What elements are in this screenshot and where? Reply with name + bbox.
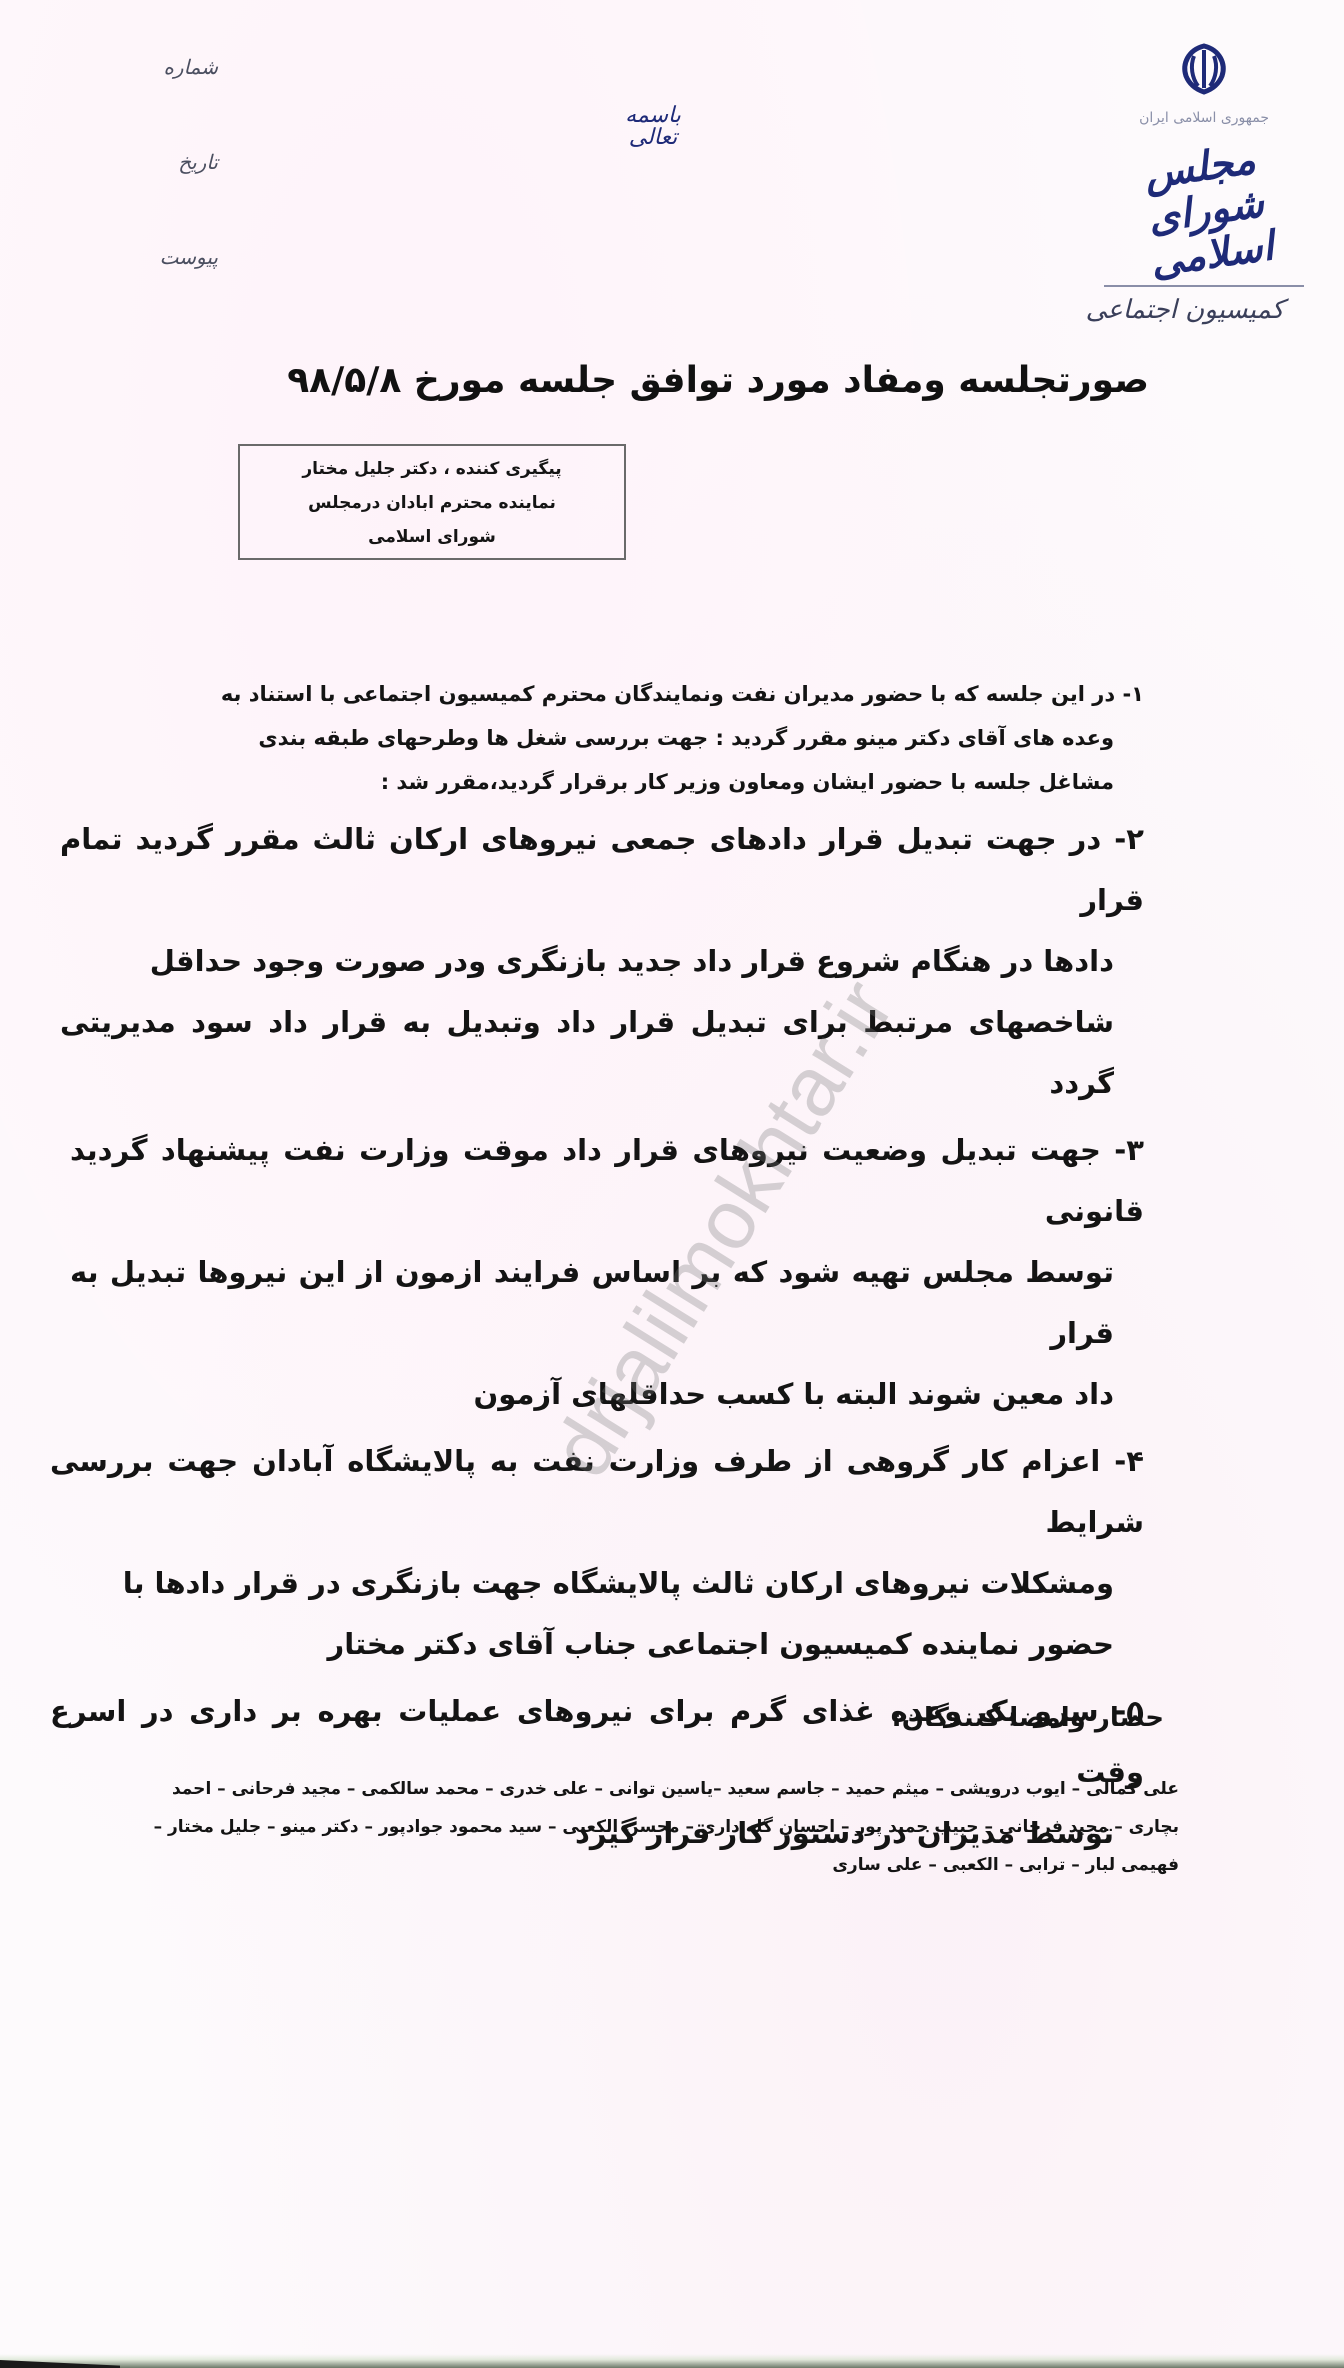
followup-line: شورای اسلامی	[250, 520, 614, 554]
date-label: تاریخ	[128, 150, 218, 245]
item-line: توسط مجلس تهیه شود که بر اساس فرایند ازم…	[70, 1242, 1144, 1364]
parliament-name: مجلس شورای اسلامی	[1088, 130, 1324, 291]
agreement-item-1: ۱- در این جلسه که با حضور مدیران نفت ونم…	[100, 672, 1144, 804]
attendees-heading: حضار وامضا کنندگان:	[891, 1703, 1164, 1733]
followup-box: پیگیری کننده ، دکتر جلیل مختار نماینده م…	[238, 444, 626, 560]
item-line: دادها در هنگام شروع قرار داد جدید بازنگر…	[60, 931, 1144, 992]
republic-line: جمهوری اسلامی ایران	[1139, 110, 1269, 126]
item-line: ۴- اعزام کار گروهی از طرف وزارت نفت به پ…	[50, 1431, 1144, 1553]
page-title: صورتجلسه ومفاد مورد توافق جلسه مورخ ۹۸/۵…	[195, 360, 1149, 401]
agreement-item-4: ۴- اعزام کار گروهی از طرف وزارت نفت به پ…	[50, 1431, 1144, 1675]
letterhead: جمهوری اسلامی ایران مجلس شورای اسلامی کم…	[1084, 30, 1324, 330]
scan-bottom-edge	[0, 2354, 1344, 2368]
item-line: ۱- در این جلسه که با حضور مدیران نفت ونم…	[100, 672, 1144, 716]
item-line: ۳- جهت تبدیل وضعیت نیروهای قرار داد موقت…	[70, 1120, 1144, 1242]
item-line: ومشکلات نیروهای ارکان ثالث پالایشگاه جهت…	[50, 1553, 1144, 1614]
item-line: شاخصهای مرتبط برای تبدیل قرار داد وتبدیل…	[60, 992, 1144, 1114]
attendees-list: علی کمالی – ایوب درویشی – میثم حمید – جا…	[60, 1770, 1179, 1884]
attendees-row: علی کمالی – ایوب درویشی – میثم حمید – جا…	[60, 1770, 1179, 1808]
agreement-item-2: ۲- در جهت تبدیل قرار دادهای جمعی نیروهای…	[60, 809, 1144, 1114]
followup-line: پیگیری کننده ، دکتر جلیل مختار	[250, 452, 614, 486]
attendees-row: بچاری – مجید فرحانی – حبیب حمید پور – اح…	[60, 1808, 1179, 1846]
attachment-label: پیوست	[128, 245, 218, 340]
item-line: حضور نماینده کمیسیون اجتماعی جناب آقای د…	[50, 1614, 1144, 1675]
letterhead-divider	[1104, 285, 1304, 287]
iran-emblem-icon	[1164, 40, 1244, 100]
item-line: ۲- در جهت تبدیل قرار دادهای جمعی نیروهای…	[60, 809, 1144, 931]
agreement-items: ۱- در این جلسه که با حضور مدیران نفت ونم…	[50, 672, 1144, 1864]
item-line: داد معین شوند البته با کسب حداقلهای آزمو…	[70, 1364, 1144, 1425]
commission-name: کمیسیون اجتماعی	[1086, 295, 1284, 325]
item-line: مشاغل جلسه با حضور ایشان ومعاون وزیر کار…	[100, 760, 1144, 804]
attendees-row: فهیمی لبار – ترابی – الکعبی – علی ساری	[60, 1846, 1179, 1884]
number-label: شماره	[128, 55, 218, 150]
followup-line: نماینده محترم ابادان درمجلس	[250, 486, 614, 520]
meta-labels: شماره تاریخ پیوست	[128, 55, 218, 340]
bismillah-calligraphy: باسمه تعالی	[608, 105, 698, 175]
agreement-item-3: ۳- جهت تبدیل وضعیت نیروهای قرار داد موقت…	[70, 1120, 1144, 1425]
item-line: وعده های آقای دکتر مینو مقرر گردید : جهت…	[100, 716, 1144, 760]
